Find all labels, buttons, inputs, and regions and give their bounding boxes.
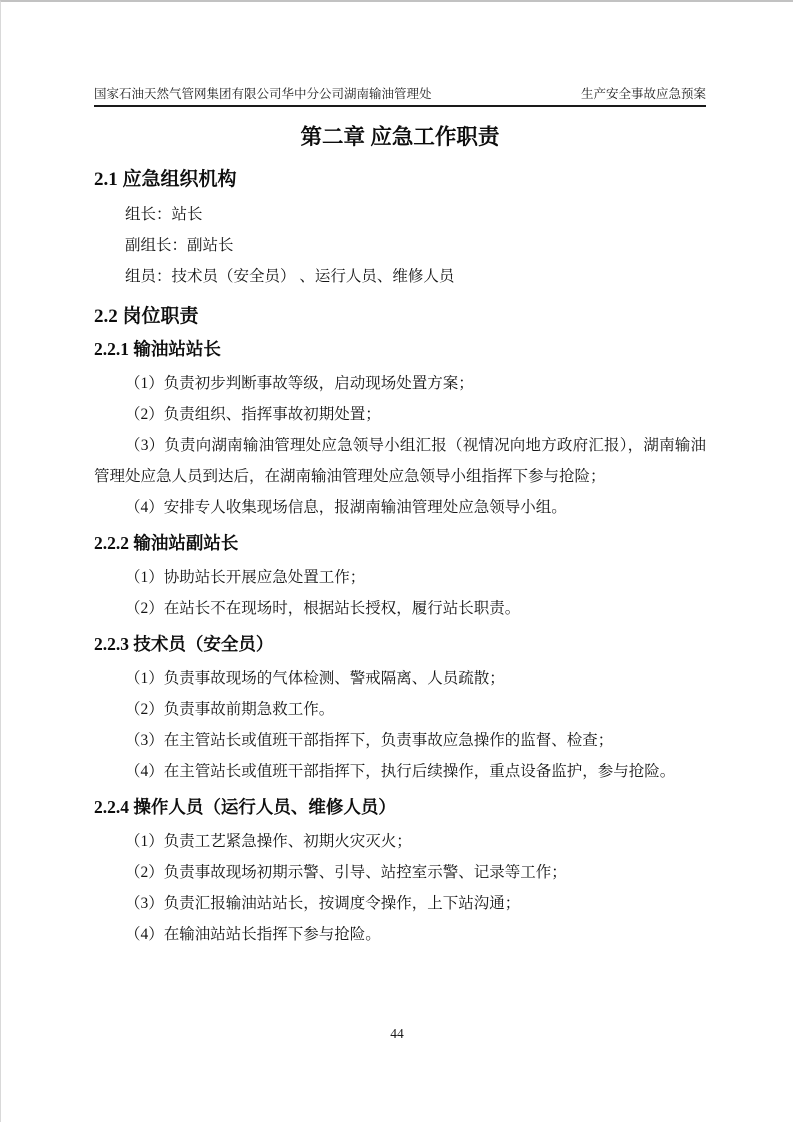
- duty-item: （1）负责初步判断事故等级，启动现场处置方案；: [94, 368, 706, 399]
- duty-item: （4）安排专人收集现场信息，报湖南输油管理处应急领导小组。: [94, 492, 706, 523]
- duty-item: （1）负责工艺紧急操作、初期火灾灭火；: [94, 826, 706, 857]
- header-left-text: 国家石油天然气管网集团有限公司华中分公司湖南输油管理处: [94, 87, 432, 102]
- duty-item: （3）在主管站长或值班干部指挥下，负责事故应急操作的监督、检查；: [94, 725, 706, 756]
- org-line-leader: 组长：站长: [94, 199, 706, 230]
- section-heading-2-1: 2.1 应急组织机构: [94, 167, 706, 192]
- duties-station-chief: （1）负责初步判断事故等级，启动现场处置方案； （2）负责组织、指挥事故初期处置…: [94, 368, 706, 523]
- duties-operators: （1）负责工艺紧急操作、初期火灾灭火； （2）负责事故现场初期示警、引导、站控室…: [94, 826, 706, 950]
- subsection-heading-2-2-3: 2.2.3 技术员（安全员）: [94, 633, 706, 656]
- org-line-deputy-leader: 副组长：副站长: [94, 230, 706, 261]
- document-page: 国家石油天然气管网集团有限公司华中分公司湖南输油管理处 生产安全事故应急预案 第…: [0, 0, 793, 1122]
- duty-item: （2）在站长不在现场时，根据站长授权，履行站长职责。: [94, 593, 706, 624]
- header-right-text: 生产安全事故应急预案: [581, 87, 706, 102]
- section-heading-2-2: 2.2 岗位职责: [94, 304, 706, 329]
- duty-item: （3）负责汇报输油站站长，按调度令操作，上下站沟通；: [94, 888, 706, 919]
- duties-deputy-station-chief: （1）协助站长开展应急处置工作； （2）在站长不在现场时，根据站长授权，履行站长…: [94, 562, 706, 624]
- chapter-title: 第二章 应急工作职责: [94, 124, 706, 150]
- org-structure-block: 组长：站长 副组长：副站长 组员：技术员（安全员） 、运行人员、维修人员: [94, 199, 706, 292]
- subsection-heading-2-2-4: 2.2.4 操作人员（运行人员、维修人员）: [94, 796, 706, 819]
- subsection-heading-2-2-1: 2.2.1 输油站站长: [94, 338, 706, 361]
- duty-item: （1）协助站长开展应急处置工作；: [94, 562, 706, 593]
- document-body: 第二章 应急工作职责 2.1 应急组织机构 组长：站长 副组长：副站长 组员：技…: [94, 124, 706, 950]
- duty-item: （2）负责事故前期急救工作。: [94, 694, 706, 725]
- subsection-heading-2-2-2: 2.2.2 输油站副站长: [94, 532, 706, 555]
- duty-item: （4）在输油站站长指挥下参与抢险。: [94, 919, 706, 950]
- org-line-members: 组员：技术员（安全员） 、运行人员、维修人员: [94, 261, 706, 292]
- duty-item: （4）在主管站长或值班干部指挥下，执行后续操作，重点设备监护，参与抢险。: [94, 756, 706, 787]
- duty-item: （1）负责事故现场的气体检测、警戒隔离、人员疏散；: [94, 663, 706, 694]
- duty-item: （3）负责向湖南输油管理处应急领导小组汇报（视情况向地方政府汇报），湖南输油管理…: [94, 430, 706, 492]
- document-header: 国家石油天然气管网集团有限公司华中分公司湖南输油管理处 生产安全事故应急预案: [94, 87, 706, 107]
- duty-item: （2）负责组织、指挥事故初期处置；: [94, 399, 706, 430]
- page-number: 44: [1, 1026, 793, 1042]
- duties-technician: （1）负责事故现场的气体检测、警戒隔离、人员疏散； （2）负责事故前期急救工作。…: [94, 663, 706, 787]
- duty-item: （2）负责事故现场初期示警、引导、站控室示警、记录等工作；: [94, 857, 706, 888]
